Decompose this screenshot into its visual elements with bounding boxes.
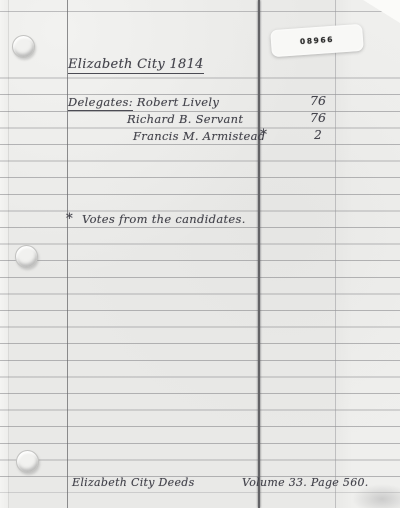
delegate-row: Richard B. Servant [127,112,243,126]
footnote-asterisk: * [260,127,267,143]
hole-punch-top [12,35,35,58]
catalog-sticker: 08966 [270,24,364,57]
delegate-row: Delegates: Robert Lively [68,95,219,109]
footnote-text: Votes from the candidates. [82,212,246,226]
heading-text: Elizabeth City 1814 [68,57,204,74]
hole-punch-bottom [16,450,39,473]
top-ruled-line [0,11,400,12]
delegates-label: Delegates: [68,95,133,111]
delegate-name: Richard B. Servant [127,112,243,126]
delegate-name: Francis M. Armistead [133,129,265,143]
vote-count: 76 [303,93,333,108]
delegate-name: Robert Lively [137,95,219,109]
page-seam-line [258,0,260,508]
volume-page-reference: Volume 33. Page 560. [242,476,369,489]
vote-count: 76 [303,110,333,125]
catalog-number: 08966 [300,35,335,46]
hole-punch-middle [15,245,38,268]
page-heading: Elizabeth City 1814 [68,57,204,72]
scanned-ledger-page: 08966 Elizabeth City 1814 Delegates: Rob… [0,0,400,508]
vote-count: 2 [303,128,333,142]
footnote-marker: * [66,211,73,227]
ruled-lines [0,62,400,493]
paper-crease-line [335,0,336,508]
source-caption: Elizabeth City Deeds [72,476,195,489]
footnote: * Votes from the candidates. [66,211,246,227]
margin-line [67,0,68,508]
delegate-row: Francis M. Armistead [133,129,265,143]
